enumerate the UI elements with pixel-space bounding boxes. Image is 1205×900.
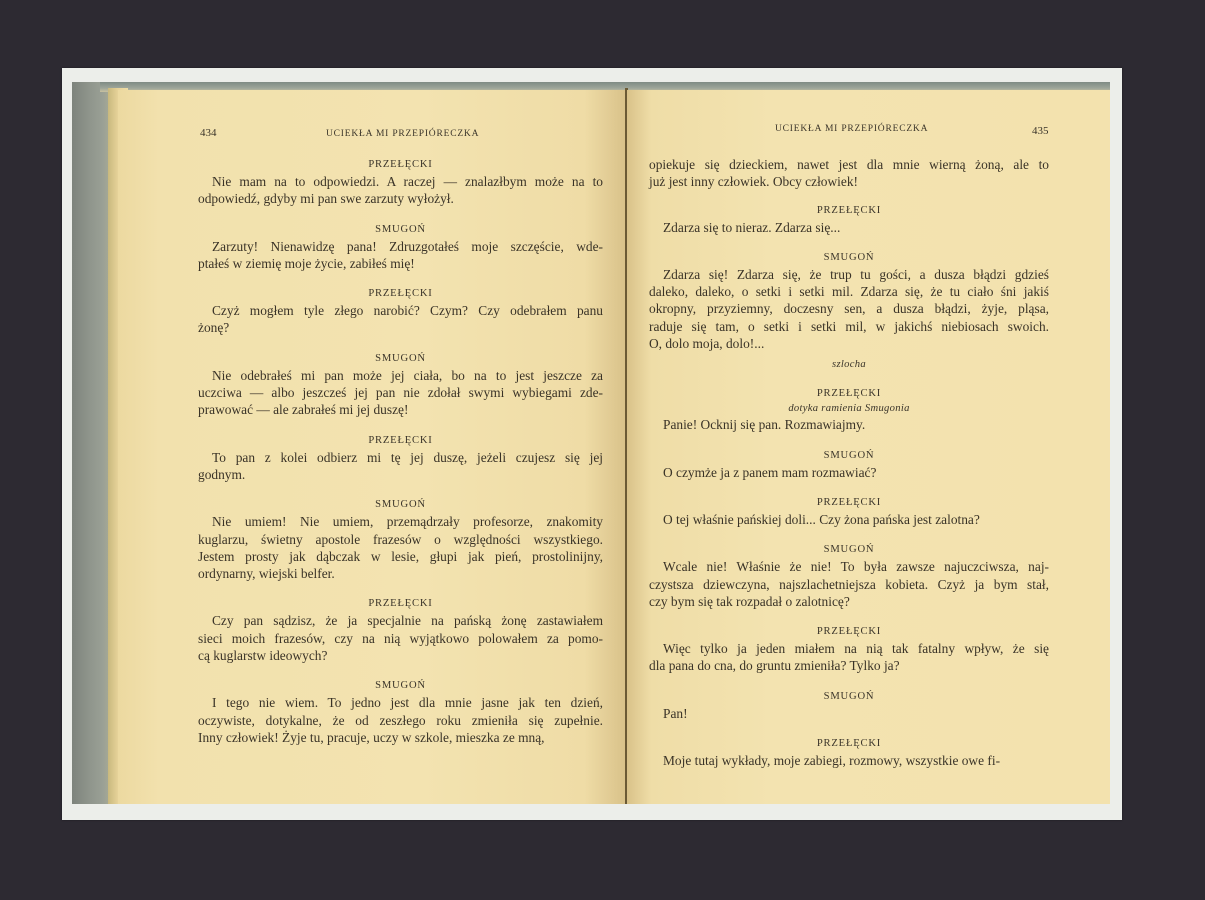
speech-text: Nie mam na to odpowiedzi. A raczej — zna… <box>198 173 603 208</box>
speaker-name: SMUGOŃ <box>649 447 1049 464</box>
speech-text: opiekuje się dzieckiem, nawet jest dla m… <box>649 156 1049 191</box>
speaker-name: PRZEŁĘCKI <box>198 595 603 612</box>
text-line: okropny, przyziemny, doczesny sen, a dus… <box>649 300 1049 317</box>
text-line: godnym. <box>198 466 603 483</box>
speaker-name: PRZEŁĘCKI <box>649 202 1049 219</box>
speaker-name: PRZEŁĘCKI <box>198 285 603 302</box>
speaker-name: PRZEŁĘCKI <box>649 385 1049 402</box>
speaker-name: PRZEŁĘCKI <box>198 432 603 449</box>
dialogue-block: PRZEŁĘCKIWięc tylko ja jeden miałem na n… <box>649 623 1049 675</box>
text-line: Moje tutaj wykłady, moje zabiegi, rozmow… <box>649 752 1049 769</box>
dialogue-block: PRZEŁĘCKIZdarza się to nieraz. Zdarza si… <box>649 202 1049 236</box>
speech-text: Nie umiem! Nie umiem, przemądrzały profe… <box>198 513 603 582</box>
text-line: O tej właśnie pańskiej doli... Czy żona … <box>649 511 1049 528</box>
speech-text: Wcale nie! Właśnie że nie! To była zawsz… <box>649 558 1049 610</box>
dialogue-block: PRZEŁĘCKIdotyka ramienia SmugoniaPanie! … <box>649 385 1049 433</box>
text-line: Nie mam na to odpowiedzi. A raczej — zna… <box>198 173 603 190</box>
dialogue-block: SMUGOŃZarzuty! Nienawidzę pana! Zdruzgot… <box>198 221 603 273</box>
speaker-name: PRZEŁĘCKI <box>649 735 1049 752</box>
continued-speech: opiekuje się dzieckiem, nawet jest dla m… <box>649 156 1049 191</box>
right-page: UCIEKŁA MI PRZEPIÓRECZKA 435 opiekuje si… <box>627 90 1110 804</box>
speech-text: Czy pan sądzisz, że ja specjalnie na pań… <box>198 612 603 664</box>
text-line: I tego nie wiem. To jedno jest dla mnie … <box>198 694 603 711</box>
speech-text: Moje tutaj wykłady, moje zabiegi, rozmow… <box>649 752 1049 769</box>
speaker-name: SMUGOŃ <box>649 541 1049 558</box>
speech-text: Więc tylko ja jeden miałem na nią tak fa… <box>649 640 1049 675</box>
speaker-name: PRZEŁĘCKI <box>649 494 1049 511</box>
speech-text: Panie! Ocknij się pan. Rozmawiajmy. <box>649 416 1049 433</box>
text-line: Zarzuty! Nienawidzę pana! Zdruzgotałeś m… <box>198 238 603 255</box>
text-line: ordynarny, wiejski belfer. <box>198 565 603 582</box>
speaker-name: PRZEŁĘCKI <box>649 623 1049 640</box>
page-number-left: 434 <box>200 127 217 139</box>
dialogue-block: PRZEŁĘCKITo pan z kolei odbierz mi tę je… <box>198 432 603 484</box>
speaker-name: SMUGOŃ <box>198 677 603 694</box>
text-line: kuglarzu, świetny apostole frazesów o wz… <box>198 531 603 548</box>
text-line: Nie odebrałeś mi pan może jej ciała, bo … <box>198 367 603 384</box>
text-line: uczciwa — albo jeszcześ jej pan nie zdoł… <box>198 384 603 401</box>
stage-direction: szlocha <box>649 358 1049 372</box>
speech-text: Pan! <box>649 705 1049 722</box>
speech-text: I tego nie wiem. To jedno jest dla mnie … <box>198 694 603 746</box>
dialogue-block: PRZEŁĘCKICzy pan sądzisz, że ja specjaln… <box>198 595 603 664</box>
stage-direction: dotyka ramienia Smugonia <box>649 402 1049 416</box>
left-page: 434 UCIEKŁA MI PRZEPIÓRECZKA PRZEŁĘCKINi… <box>118 90 625 804</box>
dialogue-block: SMUGOŃI tego nie wiem. To jedno jest dla… <box>198 677 603 746</box>
text-line: ptałeś w ziemię moje życie, zabiłeś mię! <box>198 255 603 272</box>
text-line: prawować — ale zabrałeś mi jej duszę! <box>198 401 603 418</box>
dialogue-block: PRZEŁĘCKIO tej właśnie pańskiej doli... … <box>649 494 1049 528</box>
dialogue-block: SMUGOŃZdarza się! Zdarza się, że trup tu… <box>649 249 1049 372</box>
speech-text: O tej właśnie pańskiej doli... Czy żona … <box>649 511 1049 528</box>
speech-text: Nie odebrałeś mi pan może jej ciała, bo … <box>198 367 603 419</box>
dialogue-block: PRZEŁĘCKIMoje tutaj wykłady, moje zabieg… <box>649 735 1049 769</box>
left-page-text: PRZEŁĘCKINie mam na to odpowiedzi. A rac… <box>198 156 603 759</box>
speech-text: To pan z kolei odbierz mi tę jej duszę, … <box>198 449 603 484</box>
page-number-right: 435 <box>1032 125 1049 137</box>
text-line: Czyż mogłem tyle złego narobić? Czym? Cz… <box>198 302 603 319</box>
speech-text: Zdarza się! Zdarza się, że trup tu gości… <box>649 266 1049 352</box>
speaker-name: SMUGOŃ <box>649 688 1049 705</box>
speaker-name: PRZEŁĘCKI <box>198 156 603 173</box>
speaker-name: SMUGOŃ <box>649 249 1049 266</box>
text-line: żonę? <box>198 319 603 336</box>
dialogue-block: SMUGOŃNie umiem! Nie umiem, przemądrzały… <box>198 496 603 582</box>
text-line: daleko, daleko, o setki i setki mil. Zda… <box>649 283 1049 300</box>
text-line: Nie umiem! Nie umiem, przemądrzały profe… <box>198 513 603 530</box>
running-title-right: UCIEKŁA MI PRZEPIÓRECZKA <box>775 124 928 134</box>
text-line: O, dolo moja, dolo!... <box>649 335 1049 352</box>
text-line: Panie! Ocknij się pan. Rozmawiajmy. <box>649 416 1049 433</box>
running-title-left: UCIEKŁA MI PRZEPIÓRECZKA <box>326 129 479 139</box>
text-line: Zdarza się to nieraz. Zdarza się... <box>649 219 1049 236</box>
text-line: raduje się tam, o setki i setki mil, w j… <box>649 318 1049 335</box>
text-line: opiekuje się dzieckiem, nawet jest dla m… <box>649 156 1049 173</box>
text-line: Czy pan sądzisz, że ja specjalnie na pań… <box>198 612 603 629</box>
text-line: Wcale nie! Właśnie że nie! To była zawsz… <box>649 558 1049 575</box>
speaker-name: SMUGOŃ <box>198 350 603 367</box>
text-line: To pan z kolei odbierz mi tę jej duszę, … <box>198 449 603 466</box>
speech-text: Czyż mogłem tyle złego narobić? Czym? Cz… <box>198 302 603 337</box>
right-page-text: opiekuje się dzieckiem, nawet jest dla m… <box>649 156 1049 782</box>
text-line: oczywiste, dotykalne, że od zeszłego rok… <box>198 712 603 729</box>
speaker-name: SMUGOŃ <box>198 221 603 238</box>
text-line: Inny człowiek! Żyje tu, pracuje, uczy w … <box>198 729 603 746</box>
text-line: Zdarza się! Zdarza się, że trup tu gości… <box>649 266 1049 283</box>
text-line: O czymże ja z panem mam rozmawiać? <box>649 464 1049 481</box>
speech-text: Zdarza się to nieraz. Zdarza się... <box>649 219 1049 236</box>
dialogue-block: PRZEŁĘCKICzyż mogłem tyle złego narobić?… <box>198 285 603 337</box>
text-line: odpowiedź, gdyby mi pan swe zarzuty wyło… <box>198 190 603 207</box>
text-line: dla pana do cna, do gruntu zmieniła? Tyl… <box>649 657 1049 674</box>
text-line: już jest inny człowiek. Obcy człowiek! <box>649 173 1049 190</box>
speaker-name: SMUGOŃ <box>198 496 603 513</box>
dialogue-block: SMUGOŃO czymże ja z panem mam rozmawiać? <box>649 447 1049 481</box>
text-line: czy bym się tak rozpadał o zalotnicę? <box>649 593 1049 610</box>
text-line: czystsza dziewczyna, najszlachetniejsza … <box>649 576 1049 593</box>
speech-text: Zarzuty! Nienawidzę pana! Zdruzgotałeś m… <box>198 238 603 273</box>
dialogue-block: PRZEŁĘCKINie mam na to odpowiedzi. A rac… <box>198 156 603 208</box>
text-line: sieci moich frazesów, czy na nią wyjątko… <box>198 630 603 647</box>
text-line: cą kuglarstw ideowych? <box>198 647 603 664</box>
speech-text: O czymże ja z panem mam rozmawiać? <box>649 464 1049 481</box>
text-line: Jestem prosty jak dąbczak w lesie, głupi… <box>198 548 603 565</box>
text-line: Więc tylko ja jeden miałem na nią tak fa… <box>649 640 1049 657</box>
dialogue-block: SMUGOŃNie odebrałeś mi pan może jej ciał… <box>198 350 603 419</box>
dialogue-block: SMUGOŃWcale nie! Właśnie że nie! To była… <box>649 541 1049 610</box>
text-line: Pan! <box>649 705 1049 722</box>
dialogue-block: SMUGOŃPan! <box>649 688 1049 722</box>
